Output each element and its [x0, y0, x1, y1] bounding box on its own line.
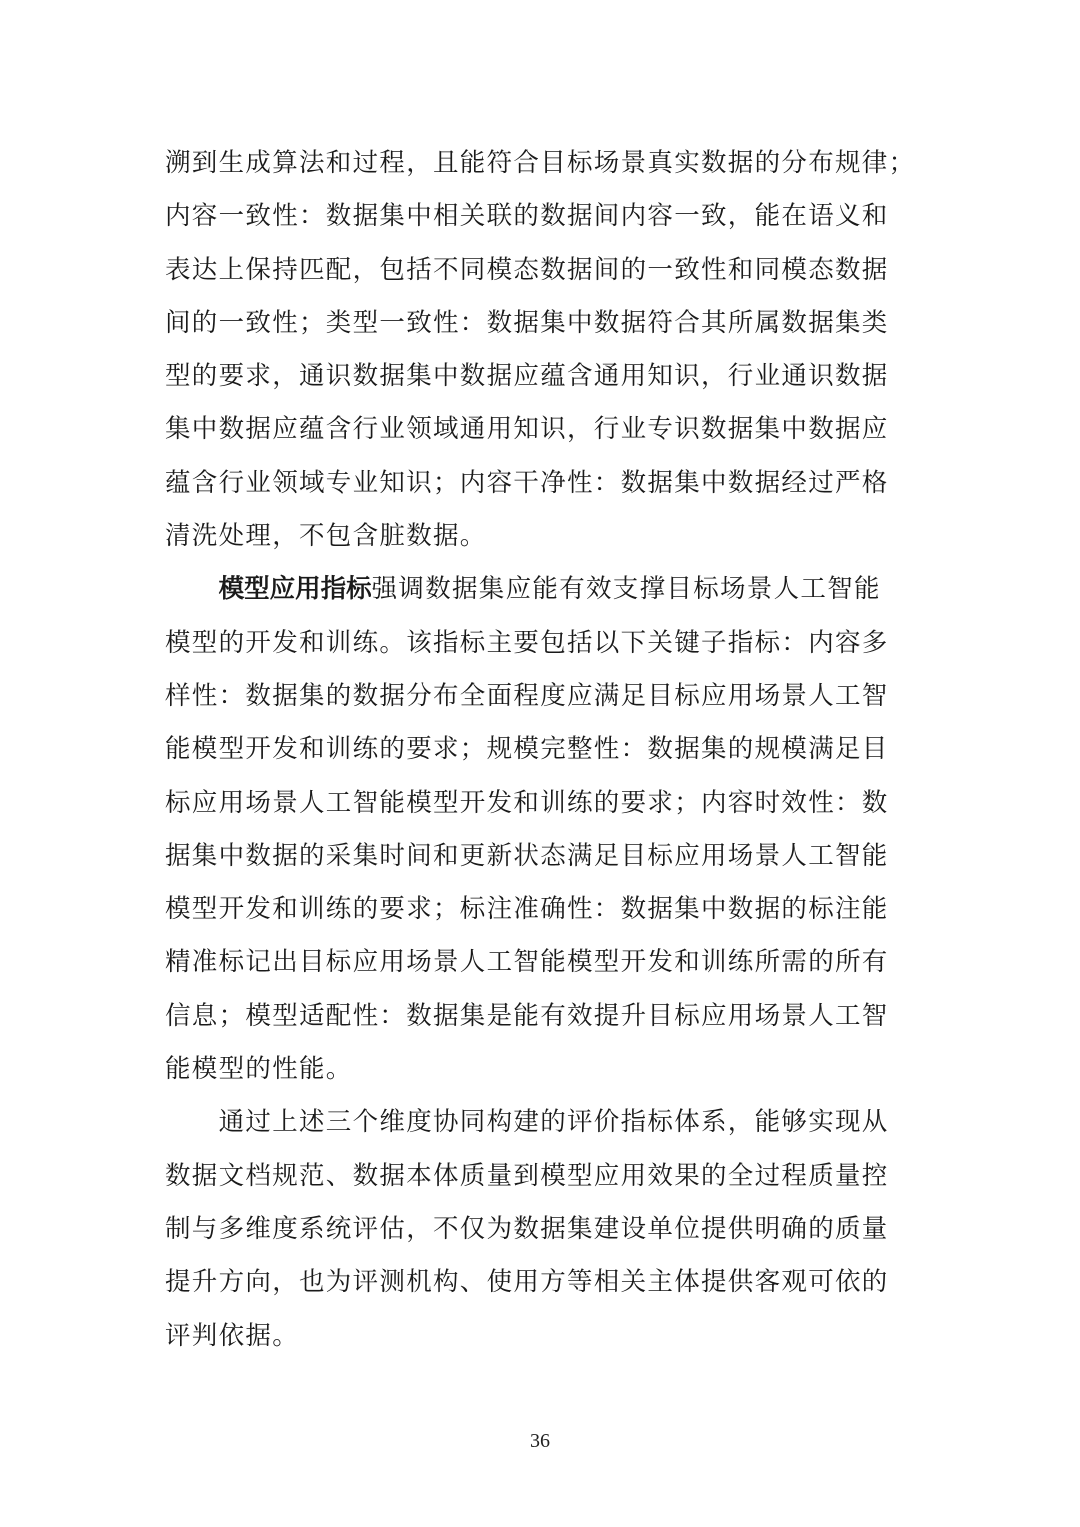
text-line: 样性：数据集的数据分布全面程度应满足目标应用场景人工智	[165, 670, 925, 723]
text-line: 评判依据。	[165, 1310, 925, 1363]
text-line: 精准标记出目标应用场景人工智能模型开发和训练所需的所有	[165, 936, 925, 989]
text-line: 模型的开发和训练。该指标主要包括以下关键子指标：内容多	[165, 617, 925, 670]
text-line: 提升方向，也为评测机构、使用方等相关主体提供客观可依的	[165, 1256, 925, 1309]
text-line-first: 模型应用指标强调数据集应能有效支撑目标场景人工智能	[165, 563, 925, 616]
text-line-first: 通过上述三个维度协同构建的评价指标体系，能够实现从	[165, 1096, 925, 1149]
text-line: 型的要求，通识数据集中数据应蕴含通用知识，行业通识数据	[165, 350, 925, 403]
text-line: 溯到生成算法和过程，且能符合目标场景真实数据的分布规律；	[165, 137, 925, 190]
text-line: 能模型的性能。	[165, 1043, 925, 1096]
paragraph-model-application-indicators: 模型应用指标强调数据集应能有效支撑目标场景人工智能 模型的开发和训练。该指标主要…	[165, 563, 925, 1096]
text-line: 蕴含行业领域专业知识；内容干净性：数据集中数据经过严格	[165, 457, 925, 510]
text-line: 清洗处理，不包含脏数据。	[165, 510, 925, 563]
text-line: 表达上保持匹配，包括不同模态数据间的一致性和同模态数据	[165, 244, 925, 297]
body-text: 溯到生成算法和过程，且能符合目标场景真实数据的分布规律； 内容一致性：数据集中相…	[165, 137, 925, 1363]
text-line: 数据文档规范、数据本体质量到模型应用效果的全过程质量控	[165, 1150, 925, 1203]
text-line: 标应用场景人工智能模型开发和训练的要求；内容时效性：数	[165, 777, 925, 830]
text-line: 据集中数据的采集时间和更新状态满足目标应用场景人工智能	[165, 830, 925, 883]
paragraph-summary: 通过上述三个维度协同构建的评价指标体系，能够实现从 数据文档规范、数据本体质量到…	[165, 1096, 925, 1362]
page-number: 36	[0, 1430, 1080, 1453]
text-line: 信息；模型适配性：数据集是能有效提升目标应用场景人工智	[165, 990, 925, 1043]
text-line: 制与多维度系统评估，不仅为数据集建设单位提供明确的质量	[165, 1203, 925, 1256]
text-line: 模型开发和训练的要求；标注准确性：数据集中数据的标注能	[165, 883, 925, 936]
text-line: 能模型开发和训练的要求；规模完整性：数据集的规模满足目	[165, 723, 925, 776]
text-line: 内容一致性：数据集中相关联的数据间内容一致，能在语义和	[165, 190, 925, 243]
text-line: 集中数据应蕴含行业领域通用知识，行业专识数据集中数据应	[165, 403, 925, 456]
text-run: 强调数据集应能有效支撑目标场景人工智能	[372, 574, 881, 604]
text-line: 间的一致性；类型一致性：数据集中数据符合其所属数据集类	[165, 297, 925, 350]
bold-term-model-application-indicators: 模型应用指标	[219, 574, 372, 604]
paragraph-content-consistency: 溯到生成算法和过程，且能符合目标场景真实数据的分布规律； 内容一致性：数据集中相…	[165, 137, 925, 563]
document-page: 溯到生成算法和过程，且能符合目标场景真实数据的分布规律； 内容一致性：数据集中相…	[0, 0, 1080, 1527]
